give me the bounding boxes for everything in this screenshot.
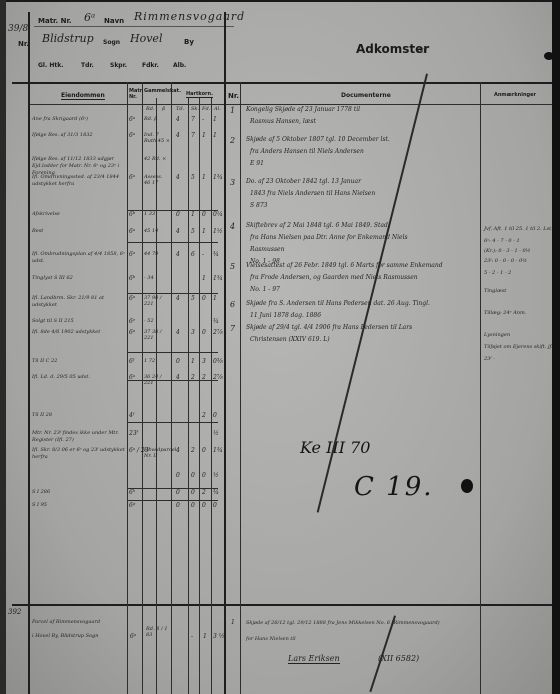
bottom-doc-line-2: for Hans Nielsen til (246, 636, 296, 642)
row-hartkorn-value: 5 (191, 228, 195, 235)
row-hartkorn-value: 1 (202, 275, 206, 282)
remark-line: Tinglæst (484, 288, 506, 294)
col-divider (211, 98, 212, 694)
bottom-left-margin-number: 392 (8, 608, 21, 616)
remark-line: Jvf. Aft. 1 til 25. 1 til 2. Lst. (484, 226, 553, 232)
entry-number: 5 (230, 262, 235, 271)
strike-rule (128, 500, 218, 501)
remark-line: 5 - 2 - 1 - 2 (484, 270, 511, 276)
entry-line: 11 Juni 1878 dag. 1886 (250, 312, 321, 319)
row-matr-nr: 23ᶠ (129, 430, 138, 437)
entry-number: 3 (230, 178, 235, 187)
row-gammelskat: 44 79 (144, 251, 170, 257)
ink-blot (461, 479, 473, 493)
row-description: Ifl. 8de 4/6 1902 udstykket (32, 329, 126, 336)
row-hartkorn-value: 1¾ (213, 447, 223, 454)
column-header-rule (28, 104, 552, 105)
strike-rule (128, 422, 218, 423)
sogn-prefix: Blidstrup (42, 32, 94, 45)
remark-line: 6ᵃ: 4 - 7 - 0 - 1 (484, 238, 520, 244)
row-description: Ifl. Landbrm. Skr. 21/9 81 at udstykket (32, 295, 126, 309)
row-hartkorn-value: 2 (202, 489, 206, 496)
matr-value: 6ᵃ (84, 11, 95, 24)
col-divider (240, 82, 241, 694)
hk-sub-al: Al. (214, 106, 221, 112)
col-divider (142, 82, 143, 694)
row-hartkorn-value: ¾ (213, 251, 219, 258)
col-header-nr: Nr. (228, 92, 239, 100)
remark-line: 23ᶠ: 0 - 0 - 0 - 0½ (484, 258, 527, 264)
row-matr-nr: 6ᵉ (129, 318, 135, 325)
hk-sub-td: Td. (176, 106, 184, 112)
row-matr-nr: 6ᵇ (129, 211, 135, 218)
hk-sub-fd: Fd. (202, 106, 210, 112)
col-divider (199, 98, 200, 694)
row-hartkorn-value: ¾ (213, 318, 219, 325)
row-hartkorn-value: 0 (213, 502, 217, 509)
row-matr-nr: 6ᵍ (129, 502, 135, 509)
skpr-label: Skpr. (110, 62, 127, 69)
row-hartkorn-value: 0 (202, 502, 206, 509)
header-rule (34, 26, 234, 27)
row-hartkorn-value: 0 (176, 358, 180, 365)
row-hartkorn-value: ½ (213, 472, 219, 479)
row-hartkorn-value: 0 (176, 472, 180, 479)
bottom-entry-gskat: Rd. ß / 1 83 (146, 626, 170, 638)
remark-line: Lysningen (484, 332, 510, 338)
entry-line: Skiftebrev af 2 Mai 1848 tgl. 6 Mai 1849… (246, 222, 388, 229)
page-edge-shadow (552, 0, 560, 694)
row-hartkorn-value: 6 (191, 251, 195, 258)
row-description: Mtr. Nr. 23ᶠ findes ikke under Mtr. Regi… (32, 430, 126, 444)
matr-label: Matr. Nr. (38, 17, 72, 25)
bottom-doc-line-4: (XII 6582) (378, 654, 419, 663)
row-description: Solgt til S II 215 (32, 318, 126, 325)
row-description: S I 95 (32, 502, 126, 509)
col-divider (156, 98, 157, 694)
navn-value: Rimmensvogaard (134, 10, 245, 23)
bottom-doc-nr: 1 (231, 619, 235, 626)
row-matr-nr: 6ᵃ (129, 174, 135, 181)
ledger-page: 39/8 Nr. Matr. Nr. 6ᵃ Navn Rimmensvogaar… (6, 2, 554, 694)
bottom-doc-line-3: Lars Eriksen (288, 654, 340, 664)
entry-number: 4 (230, 222, 235, 231)
row-hartkorn-value: 0 (213, 412, 217, 419)
entry-line: fra Hans Nielsen paa Dtr. Anne for Enkem… (250, 234, 408, 241)
row-matr-nr: 6ʰ (129, 489, 135, 496)
sogn-label: Sogn (103, 39, 120, 46)
bottom-entry-hk-sk: - (191, 633, 193, 640)
sogn-value: Hovel (130, 32, 162, 45)
row-hartkorn-value: 0 (202, 295, 206, 302)
col-header-gammelskat: Gammelskat. (144, 88, 170, 94)
entry-line: Rasmussen (250, 246, 284, 253)
strike-rule (128, 380, 218, 381)
row-gammelskat: 1 72 (144, 358, 170, 364)
entry-number: 6 (230, 300, 235, 309)
entry-line: 1843 fra Niels Andersen til Hans Nielsen (250, 190, 375, 197)
entry-line: Skjøde af 5 Oktober 1807 tgl. 10 Decembe… (246, 136, 390, 143)
row-description: Ifl. Omdrivningssted. af 23/4 1844 udsty… (32, 174, 126, 188)
strike-rule (128, 488, 218, 489)
row-hartkorn-value: 2 (191, 447, 195, 454)
row-matr-nr: 6ᶠ (129, 358, 134, 365)
entry-line: E 91 (250, 160, 264, 167)
row-hartkorn-value: 7 (191, 116, 195, 123)
left-border (28, 12, 30, 694)
row-gammelskat: 42 Rd. × (144, 156, 170, 162)
bottom-doc-line-1: Skjøde af 26/12 tgl. 29/12 1888 fra Jens… (246, 620, 440, 626)
row-description: Ifølge Res. af 31/3 1832 (32, 132, 126, 139)
row-description: Ane fra Skrigaard (6ᵃ) (32, 116, 126, 123)
col-divider (171, 82, 172, 694)
entry-line: Skjøde af 29/4 tgl. 4/4 1906 fra Hans Pe… (246, 324, 412, 331)
bottom-entry-text-1: Parcel af Rimmensvogaard (32, 619, 100, 625)
row-hartkorn-value: 2⅞ (213, 329, 223, 336)
col-divider (480, 82, 481, 694)
remark-line: Tilføjet om Ejerens skift. jf. (484, 344, 553, 350)
row-description: Til II C 22 (32, 358, 126, 365)
row-gammelskat: Ind. 7 Ruth 45 × (144, 132, 170, 144)
bottom-entry-matr: 6ᵃ (130, 633, 136, 640)
row-hartkorn-value: 0 (202, 329, 206, 336)
row-matr-nr: 6ᵃ (129, 116, 135, 123)
row-hartkorn-value: ¾ (213, 489, 219, 496)
row-hartkorn-value: 7 (191, 132, 195, 139)
bottom-entry-text-2: i Hovel By, Blidstrup Sogn (32, 633, 98, 639)
row-description: Ifl. Ombrudningsplan af 4/4 1858, 6ᵃ uds… (32, 251, 126, 265)
hk-sub-sk: Sk. (191, 106, 199, 112)
row-hartkorn-value: 0 (191, 472, 195, 479)
gskat-sub-s: ß (162, 106, 165, 112)
row-hartkorn-value: - (202, 116, 204, 123)
row-matr-nr: 6ᵃ (129, 228, 135, 235)
row-hartkorn-value: 3 (202, 358, 206, 365)
remark-line: (Kr.): 0 - 3 - 1 - 0½ (484, 248, 531, 254)
col-header-hartkorn: Hartkorn. (186, 91, 213, 98)
col-header-eiendommen: Eiendommen (61, 92, 105, 100)
row-gammelskat: 1 33 (144, 211, 170, 217)
row-gammelskat: 37 98 / 221 (144, 295, 170, 307)
row-gammelskat: 37 38 / 221 (144, 329, 170, 341)
fdkr-label: Fdkr. (142, 62, 159, 69)
row-hartkorn-value: 4 (176, 329, 180, 336)
entry-number: 7 (230, 324, 235, 333)
col-divider (127, 82, 128, 694)
col-header-matr: Matr. Nr. (129, 88, 141, 100)
row-hartkorn-value: 4 (176, 174, 180, 181)
row-hartkorn-value: 0¼ (213, 211, 223, 218)
row-gammelskat: - 34 (144, 275, 170, 281)
by-label: By (184, 38, 194, 46)
row-hartkorn-value: 1 (202, 132, 206, 139)
row-hartkorn-value: - (202, 251, 204, 258)
row-gammelskat: 45 14 (144, 228, 170, 234)
row-description: Ifl. Ld. d. 29/5 05 udst. (32, 374, 126, 381)
strike-rule (128, 293, 218, 294)
row-hartkorn-value: 1 (202, 174, 206, 181)
entry-line: fra Frode Andersen, og Gaarden med Niels… (250, 274, 418, 281)
row-hartkorn-value: 3 (191, 329, 195, 336)
row-hartkorn-value: 4 (176, 447, 180, 454)
row-matr-nr: 6ᵃ (129, 329, 135, 336)
section-divider (12, 604, 552, 606)
strike-rule (128, 352, 218, 353)
center-border (224, 12, 226, 694)
row-hartkorn-value: 1 (191, 358, 195, 365)
bottom-entry-hk-al: 3 ½ (213, 633, 225, 640)
entry-number: 2 (230, 136, 235, 145)
row-hartkorn-value: 1¾ (213, 275, 223, 282)
row-hartkorn-value: 0⅜ (213, 358, 223, 365)
row-hartkorn-value: 0 (176, 502, 180, 509)
row-hartkorn-value: 0 (202, 447, 206, 454)
row-hartkorn-value: 1 (202, 228, 206, 235)
row-hartkorn-value: 4 (176, 116, 180, 123)
remark-line: Tillæg: 24ᵉ Anm. (484, 310, 526, 316)
row-hartkorn-value: 1 (191, 211, 195, 218)
col-divider (188, 98, 189, 694)
page-title-suffix: (4) (418, 48, 425, 54)
row-description: Tinglyst S III 62 (32, 275, 126, 282)
row-description: Til II 28 (32, 412, 126, 419)
row-description: Rest (32, 228, 126, 235)
navn-label: Navn (104, 17, 124, 25)
row-matr-nr: 6ᵃ (129, 295, 135, 302)
row-hartkorn-value: 4 (176, 132, 180, 139)
row-hartkorn-value: 2 (202, 412, 206, 419)
row-hartkorn-value: 0 (202, 472, 206, 479)
left-margin-number: 39/8 (8, 24, 28, 34)
row-hartkorn-value: 4 (176, 295, 180, 302)
row-hartkorn-value: 0 (191, 489, 195, 496)
entry-line: Kongelig Skjøde af 23 Januar 1778 til (246, 106, 360, 113)
row-matr-nr: 6ᵃ (129, 132, 135, 139)
entry-number: 1 (230, 106, 235, 115)
tdr-label: Tdr. (81, 62, 94, 69)
remark-line: 23ᶠ - (484, 356, 495, 362)
entry-line: Do. af 23 Oktober 1842 tgl. 13 Januar (246, 178, 361, 185)
strike-rule (128, 242, 218, 243)
row-hartkorn-value: 1¾ (213, 174, 223, 181)
entry-line: No. 1 - 97 (250, 286, 280, 293)
row-description: Ifl. Skr. 8/3 06 er 6ᵃ og 23ᶠ udstykket … (32, 447, 126, 461)
reference-code: C 19. (354, 472, 434, 502)
row-hartkorn-value: 1½ (213, 228, 223, 235)
entry-line: Rasmus Hansen, læst (250, 118, 316, 125)
row-matr-nr: 6ᵇ (129, 275, 135, 282)
row-gammelskat: Assess. 46 17 (144, 174, 170, 186)
row-gammelskat: Rd. ß (144, 116, 170, 122)
row-hartkorn-value: 1 (213, 295, 217, 302)
row-hartkorn-value: 0 (176, 211, 180, 218)
row-description: Afskrivelse (32, 211, 126, 218)
alb-label: Alb. (173, 62, 186, 69)
row-matr-nr: 6ᵃ (129, 251, 135, 258)
bottom-entry-hk-fd: 1 (203, 633, 207, 640)
entry-line: Vielsesattest af 26 Febr. 1849 tgl. 6 Ma… (246, 262, 443, 269)
row-hartkorn-value: 4 (176, 228, 180, 235)
row-hartkorn-value: ½ (213, 430, 219, 437)
row-gammelskat: - 52 (144, 318, 170, 324)
gl-htk-label: Gl. Htk. (38, 62, 64, 69)
row-hartkorn-value: 5 (191, 295, 195, 302)
row-hartkorn-value: 0 (191, 502, 195, 509)
entry-line: Christensen (XXIV 619. L) (250, 336, 330, 343)
row-hartkorn-value: 0 (202, 211, 206, 218)
row-gammelskat: Hovedparcel Nr. II (144, 447, 170, 459)
gskat-sub-rd: Rd. (146, 106, 155, 112)
strike-rule (128, 210, 218, 211)
col-header-anmaerkninger: Anmærkninger (494, 92, 536, 98)
entry-line: S 873 (250, 202, 267, 209)
row-hartkorn-value: 1 (213, 132, 217, 139)
col-header-documenterne: Documenterne (341, 92, 391, 99)
row-hartkorn-value: 1 (213, 116, 217, 123)
row-matr-nr: 4ᶠ (129, 412, 134, 419)
entry-line: Skjøde fra S. Andersen til Hans Pedersen… (246, 300, 430, 307)
row-description: S I 286 (32, 489, 126, 496)
entry-line: fra Anders Hansen til Niels Andersen (250, 148, 364, 155)
table-top-rule (12, 82, 552, 84)
row-hartkorn-value: 5 (191, 174, 195, 181)
row-hartkorn-value: 4 (176, 251, 180, 258)
row-hartkorn-value: 0 (176, 489, 180, 496)
